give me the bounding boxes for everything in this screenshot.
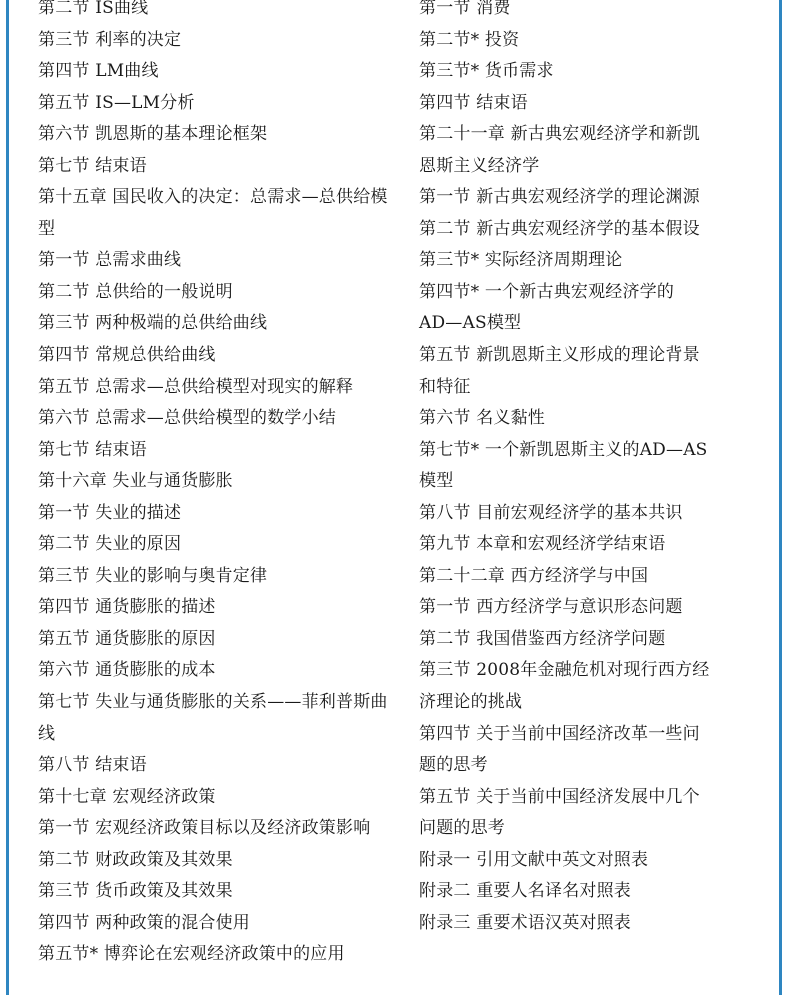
toc-section-continuation-line: AD—AS模型 — [419, 308, 769, 340]
toc-section-line: 第三节* 实际经济周期理论 — [419, 245, 769, 277]
toc-section-line: 第九节 本章和宏观经济学结束语 — [419, 529, 769, 561]
toc-section-line: 第三节 利率的决定 — [38, 25, 418, 57]
toc-section-line: 第八节 结束语 — [38, 750, 418, 782]
toc-section-line: 第四节 结束语 — [419, 88, 769, 120]
toc-section-continuation-line: 济理论的挑战 — [419, 687, 769, 719]
toc-section-continuation-line: 模型 — [419, 466, 769, 498]
toc-section-line: 第二节 总供给的一般说明 — [38, 277, 418, 309]
toc-section-line: 第六节 名义黏性 — [419, 403, 769, 435]
toc-section-line: 第四节 两种政策的混合使用 — [38, 908, 418, 940]
toc-chapter-continuation-line: 恩斯主义经济学 — [419, 151, 769, 183]
toc-section-line: 第二节 新古典宏观经济学的基本假设 — [419, 214, 769, 246]
toc-section-line: 第七节 失业与通货膨胀的关系——菲利普斯曲 — [38, 687, 418, 719]
toc-section-line: 第四节* 一个新古典宏观经济学的 — [419, 277, 769, 309]
toc-section-line: 第六节 通货膨胀的成本 — [38, 655, 418, 687]
toc-section-line: 第五节 通货膨胀的原因 — [38, 624, 418, 656]
toc-section-line: 第二节 IS曲线 — [38, 0, 418, 25]
frame-border-left — [6, 0, 9, 995]
toc-section-line: 第五节 IS—LM分析 — [38, 88, 418, 120]
toc-section-line: 第一节 新古典宏观经济学的理论渊源 — [419, 182, 769, 214]
toc-chapter-continuation-line: 型 — [38, 214, 418, 246]
toc-appendix-line: 附录二 重要人名译名对照表 — [419, 876, 769, 908]
toc-section-line: 第五节* 博弈论在宏观经济政策中的应用 — [38, 939, 418, 971]
toc-section-line: 第二节 失业的原因 — [38, 529, 418, 561]
toc-section-line: 第八节 目前宏观经济学的基本共识 — [419, 498, 769, 530]
toc-section-line: 第六节 凯恩斯的基本理论框架 — [38, 119, 418, 151]
toc-right-column: 第一节 消费第二节* 投资第三节* 货币需求第四节 结束语第二十一章 新古典宏观… — [419, 0, 769, 939]
toc-left-column: 第二节 IS曲线第三节 利率的决定第四节 LM曲线第五节 IS—LM分析第六节 … — [38, 0, 418, 971]
toc-section-line: 第四节 关于当前中国经济改革一些问 — [419, 719, 769, 751]
toc-section-line: 第一节 消费 — [419, 0, 769, 25]
toc-section-line: 第一节 西方经济学与意识形态问题 — [419, 592, 769, 624]
toc-section-line: 第三节* 货币需求 — [419, 56, 769, 88]
toc-section-line: 第一节 失业的描述 — [38, 498, 418, 530]
frame-border-right — [779, 0, 782, 995]
toc-section-line: 第一节 总需求曲线 — [38, 245, 418, 277]
toc-section-continuation-line: 和特征 — [419, 372, 769, 404]
toc-section-line: 第四节 LM曲线 — [38, 56, 418, 88]
toc-section-line: 第七节 结束语 — [38, 151, 418, 183]
toc-section-line: 第三节 2008年金融危机对现行西方经 — [419, 655, 769, 687]
toc-chapter-line: 第二十二章 西方经济学与中国 — [419, 561, 769, 593]
toc-section-line: 第三节 两种极端的总供给曲线 — [38, 308, 418, 340]
toc-section-line: 第四节 通货膨胀的描述 — [38, 592, 418, 624]
toc-section-line: 第二节* 投资 — [419, 25, 769, 57]
toc-section-line: 第七节 结束语 — [38, 435, 418, 467]
toc-section-line: 第五节 总需求—总供给模型对现实的解释 — [38, 372, 418, 404]
toc-section-continuation-line: 问题的思考 — [419, 813, 769, 845]
toc-section-line: 第五节 新凯恩斯主义形成的理论背景 — [419, 340, 769, 372]
toc-section-line: 第二节 我国借鉴西方经济学问题 — [419, 624, 769, 656]
toc-chapter-line: 第二十一章 新古典宏观经济学和新凯 — [419, 119, 769, 151]
toc-section-line: 第六节 总需求—总供给模型的数学小结 — [38, 403, 418, 435]
toc-chapter-line: 第十五章 国民收入的决定：总需求—总供给模 — [38, 182, 418, 214]
toc-chapter-line: 第十六章 失业与通货膨胀 — [38, 466, 418, 498]
toc-section-line: 第一节 宏观经济政策目标以及经济政策影响 — [38, 813, 418, 845]
toc-section-line: 第三节 货币政策及其效果 — [38, 876, 418, 908]
toc-section-line: 第三节 失业的影响与奥肯定律 — [38, 561, 418, 593]
toc-section-line: 第七节* 一个新凯恩斯主义的AD—AS — [419, 435, 769, 467]
toc-appendix-line: 附录三 重要术语汉英对照表 — [419, 908, 769, 940]
toc-chapter-line: 第十七章 宏观经济政策 — [38, 782, 418, 814]
toc-section-line: 第四节 常规总供给曲线 — [38, 340, 418, 372]
toc-section-continuation-line: 题的思考 — [419, 750, 769, 782]
toc-appendix-line: 附录一 引用文献中英文对照表 — [419, 845, 769, 877]
toc-section-line: 第二节 财政政策及其效果 — [38, 845, 418, 877]
toc-section-line: 第五节 关于当前中国经济发展中几个 — [419, 782, 769, 814]
toc-section-continuation-line: 线 — [38, 719, 418, 751]
